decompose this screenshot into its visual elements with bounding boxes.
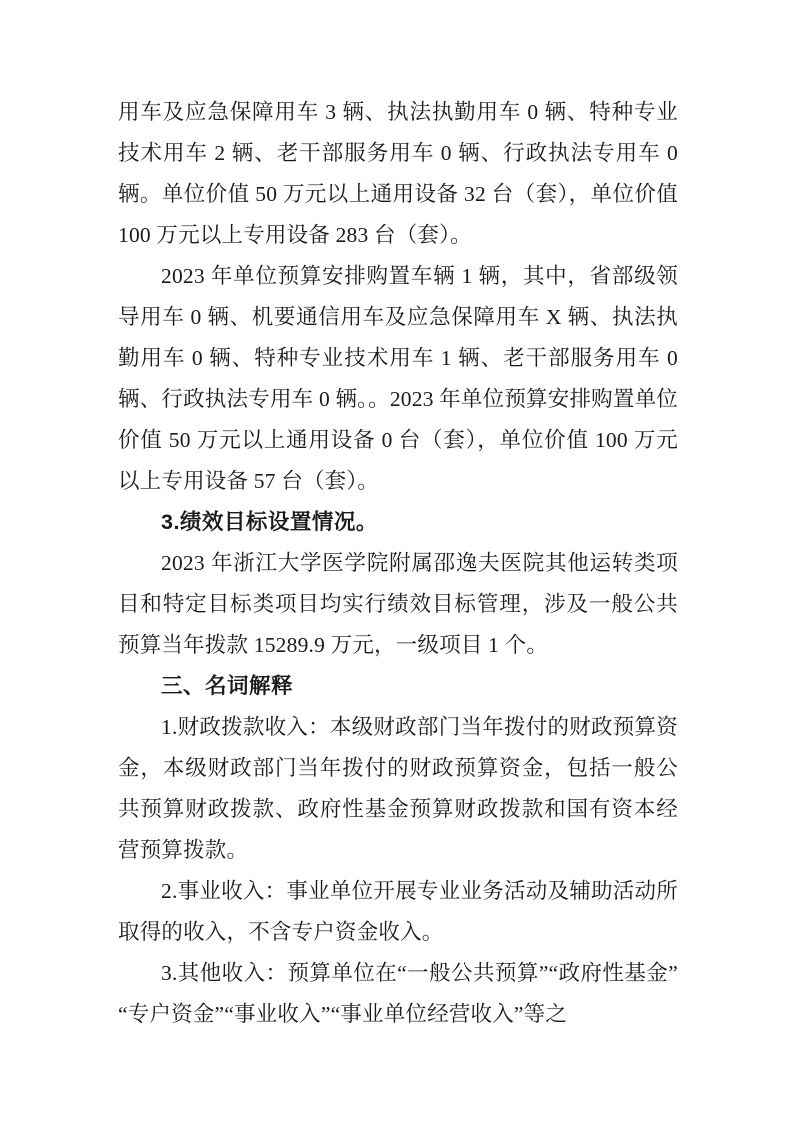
document-page: 用车及应急保障用车 3 辆、执法执勤用车 0 辆、特种专业技术用车 2 辆、老干… — [0, 0, 793, 1122]
paragraph-performance-target-detail: 2023 年浙江大学医学院附属邵逸夫医院其他运转类项目和特定目标类项目均实行绩效… — [118, 543, 678, 666]
heading-performance-target-setting: 3.绩效目标设置情况。 — [118, 502, 678, 543]
paragraph-glossary-fiscal-appropriation-income: 1.财政拨款收入：本级财政部门当年拨付的财政预算资金，本级财政部门当年拨付的财政… — [118, 707, 678, 871]
paragraph-vehicles-equipment-continued: 用车及应急保障用车 3 辆、执法执勤用车 0 辆、特种专业技术用车 2 辆、老干… — [118, 92, 678, 256]
document-text-block: 用车及应急保障用车 3 辆、执法执勤用车 0 辆、特种专业技术用车 2 辆、老干… — [118, 92, 678, 1035]
heading-glossary: 三、名词解释 — [118, 666, 678, 707]
paragraph-2023-procurement-plan: 2023 年单位预算安排购置车辆 1 辆，其中，省部级领导用车 0 辆、机要通信… — [118, 256, 678, 502]
paragraph-glossary-business-income: 2.事业收入：事业单位开展专业业务活动及辅助活动所取得的收入，不含专户资金收入。 — [118, 871, 678, 953]
paragraph-glossary-other-income: 3.其他收入：预算单位在“一般公共预算”“政府性基金”“专户资金”“事业收入”“… — [118, 953, 678, 1035]
